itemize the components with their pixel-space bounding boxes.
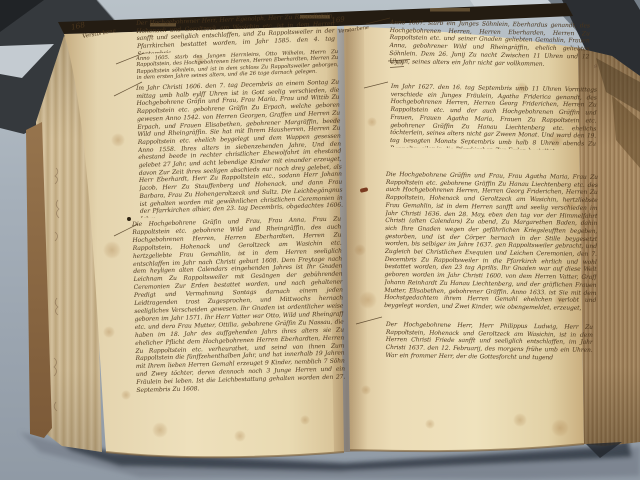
- date-insert-6-july: 6 July: [391, 61, 404, 66]
- right-paragraph-2: Im Jahr 1627. den 16. tag Septembris umb…: [390, 83, 597, 151]
- right-paragraph-1: Anno 1607. starb ein Junges Söhnlein, Eb…: [389, 19, 590, 72]
- right-margin-mark: 9: [594, 64, 597, 70]
- left-paragraph-4: Die Hochgebohrene Gräfin und Frau, Frau …: [132, 216, 345, 394]
- left-paragraph-3: Im Jahr Christi 1606. den 7. tag Decembr…: [136, 79, 343, 218]
- ink-blot: [127, 217, 131, 221]
- right-paragraph-3: Die Hochgebohrene Gräffin und Frau, Frau…: [384, 171, 598, 316]
- right-paragraph-4: Der Hochgebohrene Herr, Herr Philippus L…: [385, 321, 593, 370]
- manuscript-photo-scene: 168 Verstorbene Der Hochgebohrener Herr,…: [0, 0, 640, 480]
